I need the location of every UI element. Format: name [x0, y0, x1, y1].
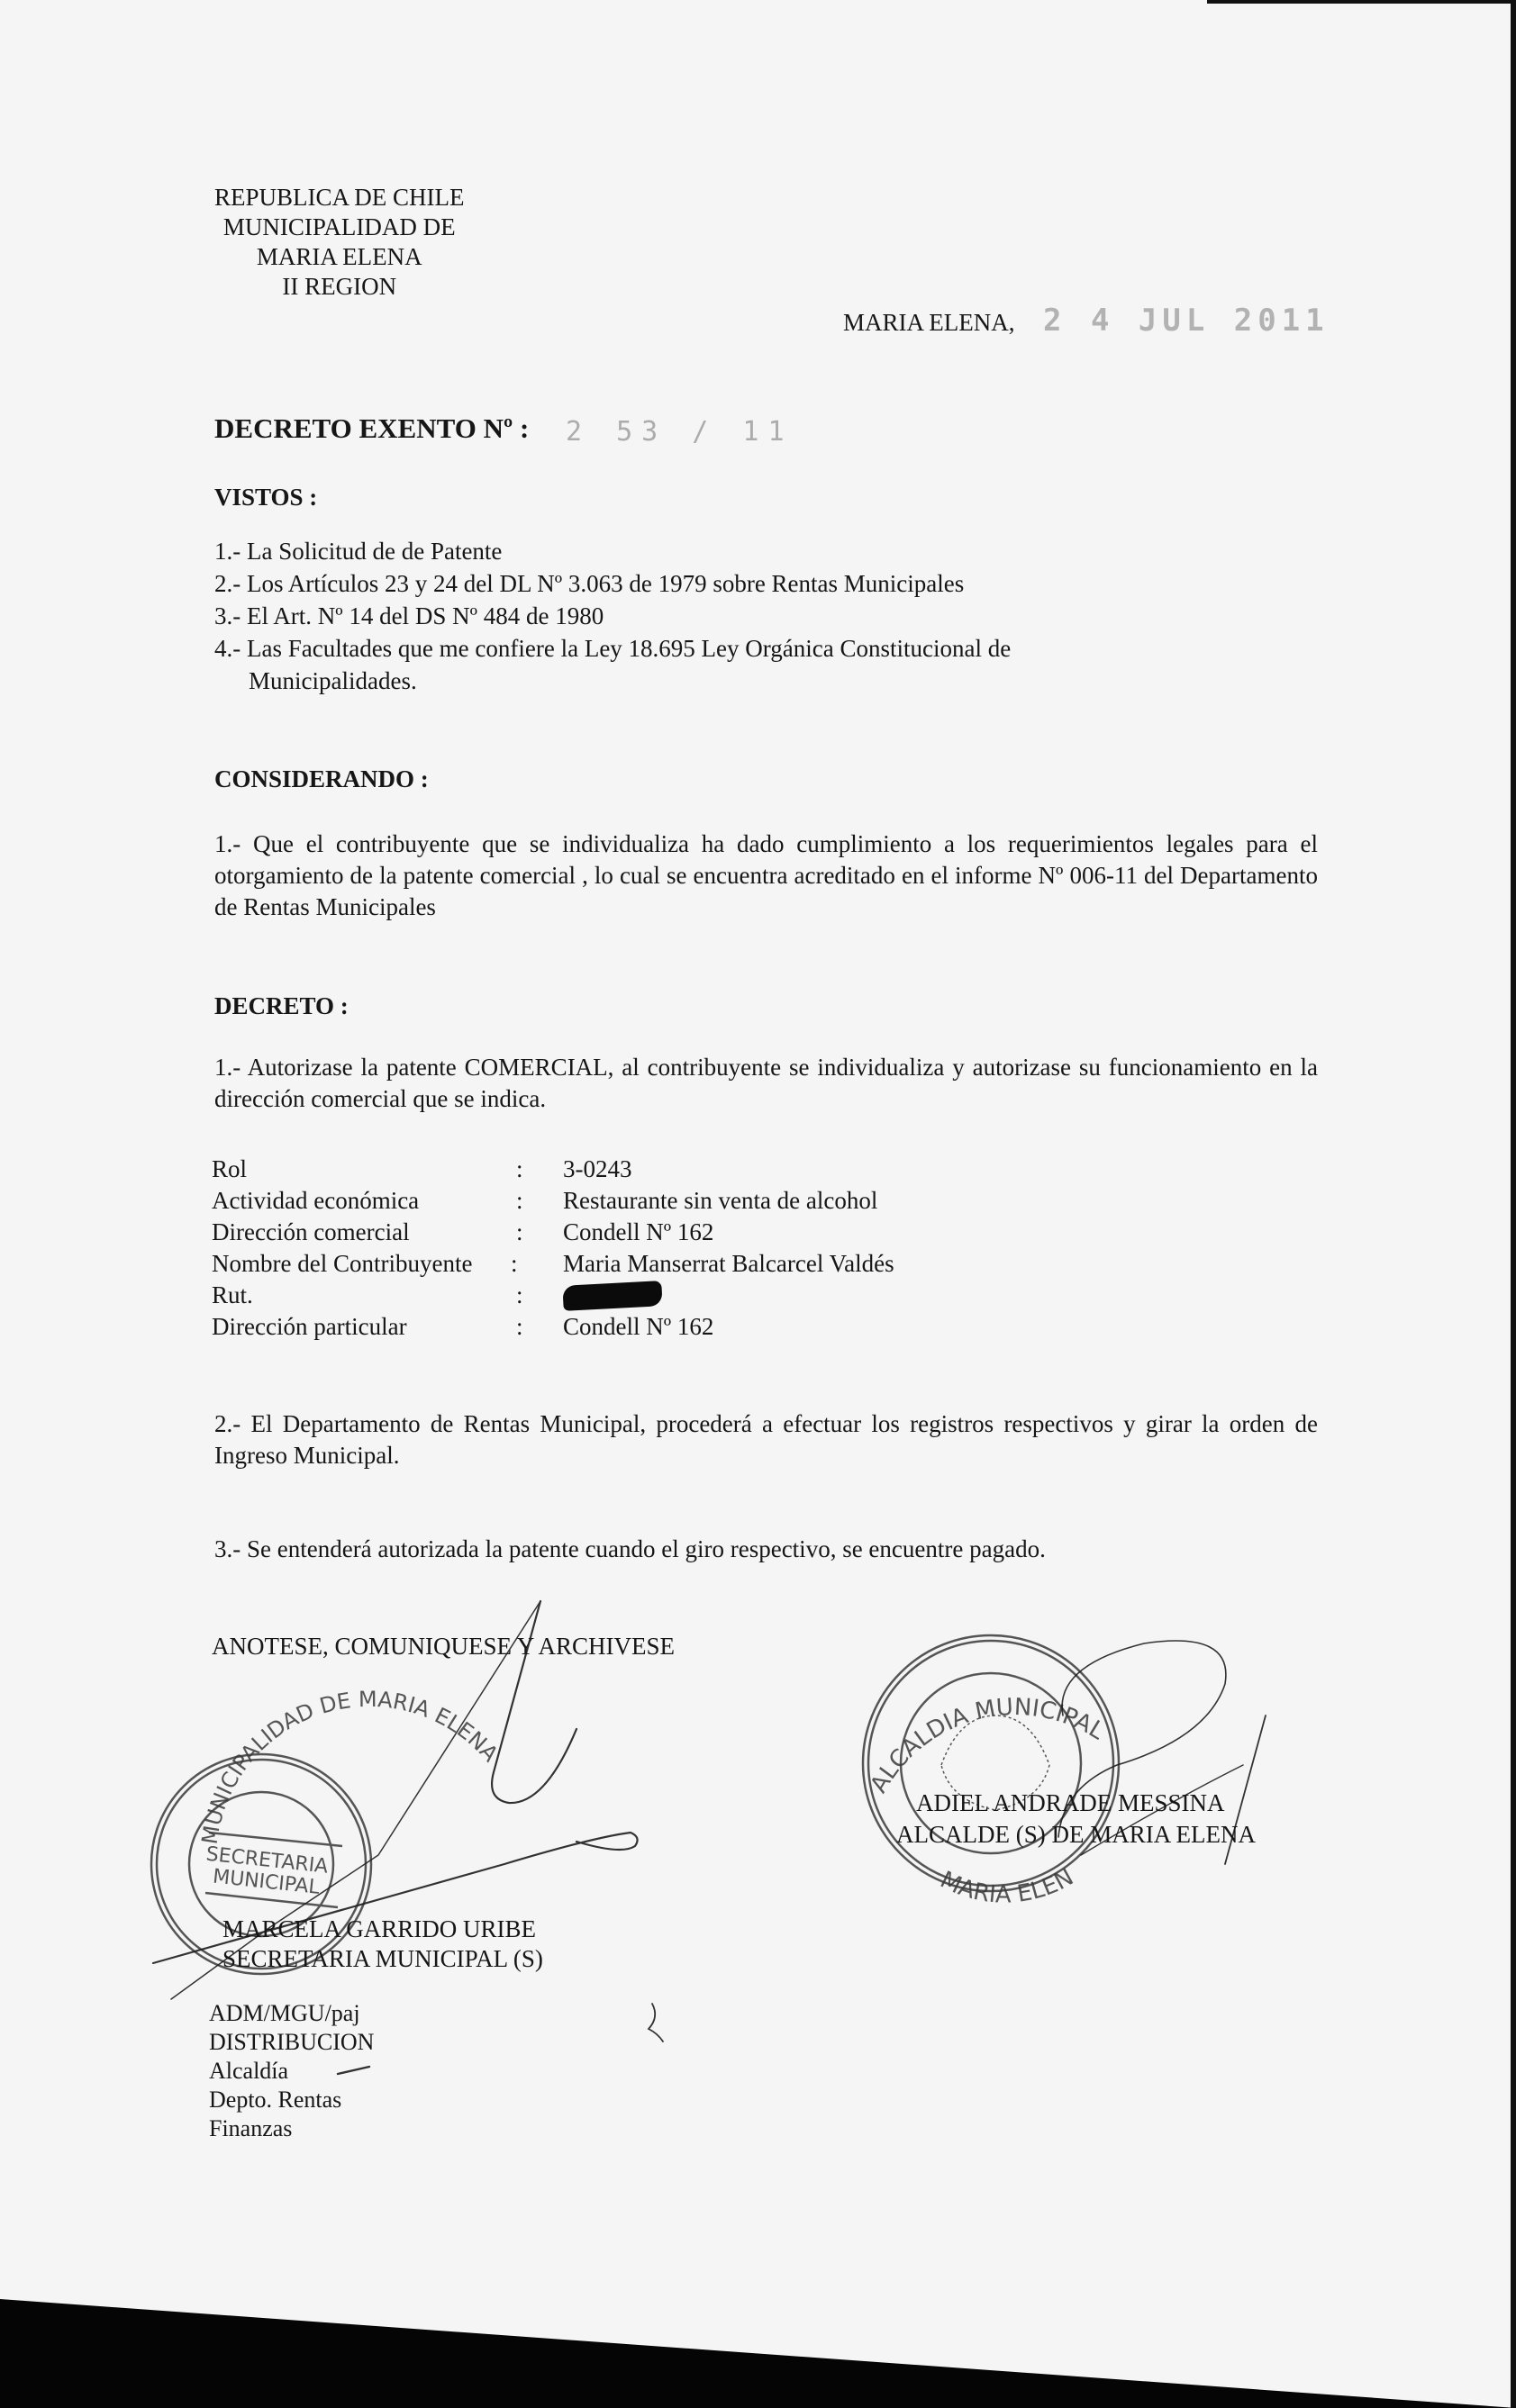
letterhead: REPUBLICA DE CHILE MUNICIPALIDAD DE MARI… — [214, 183, 465, 302]
vistos-item: 4.- Las Facultades que me confiere la Le… — [214, 632, 1011, 665]
field-label: Nombre del Contribuyente — [212, 1248, 511, 1280]
vistos-heading: VISTOS : — [214, 484, 317, 511]
scan-edge-right — [1511, 0, 1516, 2408]
place-label: MARIA ELENA, — [843, 308, 1015, 338]
field-colon: : — [516, 1154, 563, 1185]
field-row-direccion-particular: Dirección particular : Condell Nº 162 — [212, 1311, 894, 1343]
field-row-actividad: Actividad económica : Restaurante sin ve… — [212, 1185, 894, 1217]
field-label: Rut. — [212, 1280, 516, 1311]
letterhead-line: II REGION — [214, 272, 465, 302]
decreto-item-3: 3.- Se entenderá autorizada la patente c… — [214, 1534, 1046, 1564]
considerando-text: 1.- Que el contribuyente que se individu… — [214, 828, 1318, 923]
vistos-item: 2.- Los Artículos 23 y 24 del DL Nº 3.06… — [214, 567, 1011, 600]
field-colon: : — [511, 1248, 563, 1280]
secretary-name: MARCELA GARRIDO URIBE — [222, 1914, 536, 1945]
distribution-heading: DISTRIBUCION — [209, 2028, 374, 2057]
mayor-title: ALCALDE (S) DE MARIA ELENA — [896, 1819, 1256, 1851]
vistos-item: 3.- El Art. Nº 14 del DS Nº 484 de 1980 — [214, 600, 1011, 632]
stamp-ring-text: MARIA ELENA — [0, 0, 1078, 1909]
vistos-list: 1.- La Solicitud de de Patente 2.- Los A… — [214, 535, 1011, 697]
field-colon: : — [516, 1185, 563, 1217]
distribution-item: Alcaldía — [209, 2057, 374, 2086]
letterhead-line: MARIA ELENA — [214, 242, 465, 272]
stamp-ring-text: ALCALDIA MUNICIPAL — [866, 1694, 1110, 1797]
field-colon: : — [516, 1280, 563, 1311]
stamp-center-text: MUNICIPAL — [212, 1866, 322, 1899]
field-row-rol: Rol : 3-0243 — [212, 1154, 894, 1185]
field-label: Rol — [212, 1154, 516, 1185]
distribution-item: Depto. Rentas — [209, 2086, 374, 2114]
decreto-item-2: 2.- El Departamento de Rentas Municipal,… — [214, 1408, 1318, 1471]
letterhead-line: MUNICIPALIDAD DE — [214, 213, 465, 242]
field-row-nombre: Nombre del Contribuyente : Maria Manserr… — [212, 1248, 894, 1280]
decreto-heading: DECRETO : — [214, 992, 349, 1020]
scanned-document-page: REPUBLICA DE CHILE MUNICIPALIDAD DE MARI… — [0, 0, 1516, 2408]
license-details: Rol : 3-0243 Actividad económica : Resta… — [212, 1154, 894, 1343]
considerando-heading: CONSIDERANDO : — [214, 765, 429, 793]
decreto-item-1: 1.- Autorizase la patente COMERCIAL, al … — [214, 1052, 1318, 1115]
field-value: Condell Nº 162 — [563, 1217, 713, 1248]
field-value: Restaurante sin venta de alcohol — [563, 1185, 877, 1217]
vistos-item-continuation: Municipalidades. — [214, 665, 1011, 697]
secretary-title: SECRETARIA MUNICIPAL (S) — [222, 1943, 543, 1975]
field-value: Maria Manserrat Balcarcel Valdés — [563, 1248, 894, 1280]
mayor-name: ADIEL ANDRADE MESSINA — [916, 1788, 1225, 1819]
field-value: 3-0243 — [563, 1154, 632, 1185]
vistos-item: 1.- La Solicitud de de Patente — [214, 535, 1011, 567]
field-row-rut: Rut. : — [212, 1280, 894, 1311]
stamp-ring-text: MUNICIPALIDAD DE MARIA ELENA — [197, 1687, 504, 1846]
distribution-item: Finanzas — [209, 2114, 374, 2143]
field-value: Condell Nº 162 — [563, 1311, 713, 1343]
distribution-block: ADM/MGU/paj DISTRIBUCION Alcaldía Depto.… — [209, 1999, 374, 2143]
redaction-mark — [562, 1281, 662, 1311]
letterhead-line: REPUBLICA DE CHILE — [214, 183, 465, 213]
decree-number-stamp: 2 53 / 11 — [566, 416, 794, 448]
field-label: Actividad económica — [212, 1185, 516, 1217]
reference-initials: ADM/MGU/paj — [209, 1999, 374, 2028]
date-stamp: 2 4 JUL 2011 — [1043, 303, 1330, 339]
scan-edge-top — [1207, 0, 1516, 4]
decree-title: DECRETO EXENTO Nº : — [214, 412, 529, 445]
field-label: Dirección particular — [212, 1311, 516, 1343]
field-label: Dirección comercial — [212, 1217, 516, 1248]
field-colon: : — [516, 1311, 563, 1343]
closing-formula: ANOTESE, COMUNIQUESE Y ARCHIVESE — [212, 1632, 675, 1661]
field-colon: : — [516, 1217, 563, 1248]
stamp-center-text: SECRETARIA — [205, 1843, 330, 1878]
field-row-direccion-comercial: Dirección comercial : Condell Nº 162 — [212, 1217, 894, 1248]
